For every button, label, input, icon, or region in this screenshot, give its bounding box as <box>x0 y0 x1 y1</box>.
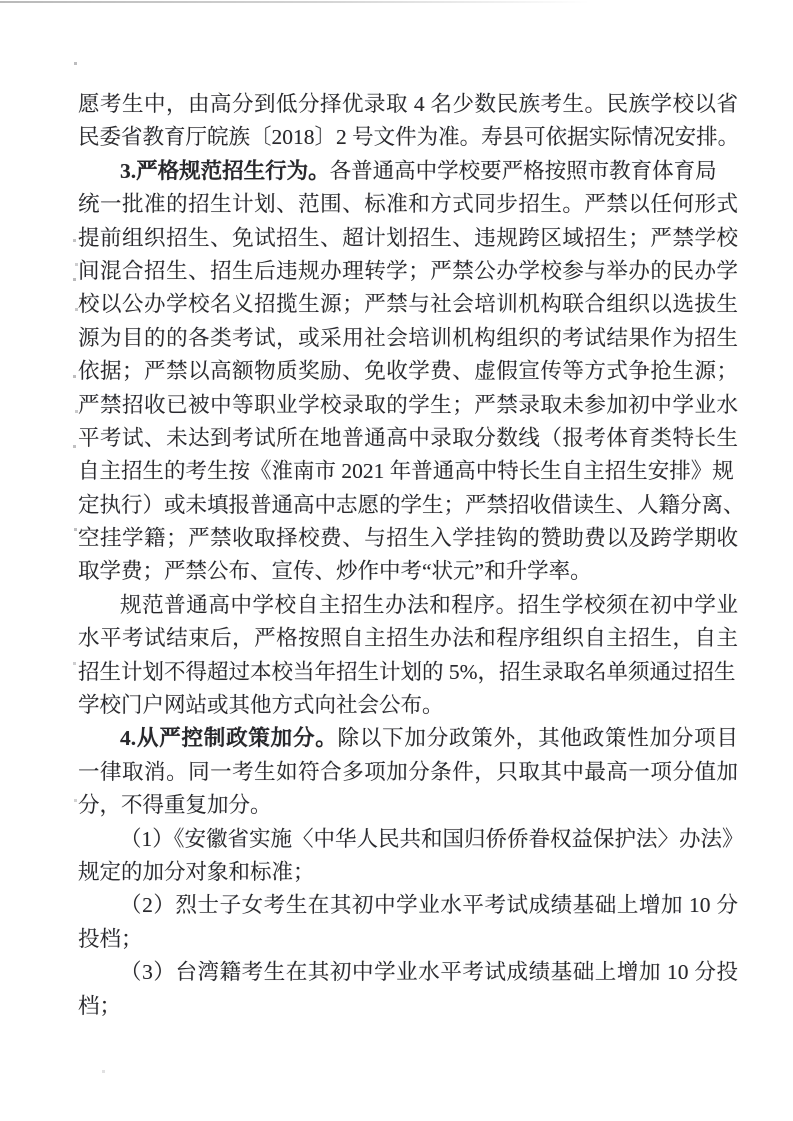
text-line: 依据；严禁以高额物质奖励、免收学费、虚假宣传等方式争抢生源； <box>78 355 738 388</box>
text-line: 投档； <box>78 923 738 956</box>
line-text: 水平考试结束后，严格按照自主招生办法和程序组织自主招生，自主 <box>78 626 738 650</box>
bold-heading-text: 3.严格规范招生行为。 <box>120 159 330 183</box>
document-text-block: 愿考生中，由高分到低分择优录取 4 名少数民族考生。民族学校以省民委省教育厅皖族… <box>78 88 738 1023</box>
line-text: 平考试、未达到考试所在地普通高中录取分数线（报考体育类特长生 <box>78 426 738 450</box>
line-text: 统一批准的招生计划、范围、标准和方式同步招生。严禁以任何形式 <box>78 192 738 216</box>
text-line: （3）台湾籍考生在其初中学业水平考试成绩基础上增加 10 分投 <box>78 956 738 989</box>
text-line: 自主招生的考生按《淮南市 2021 年普通高中特长生自主招生安排》规 <box>78 455 738 488</box>
text-line: 取学费；严禁公布、宣传、炒作中考“状元”和升学率。 <box>78 555 738 588</box>
line-text: 严禁招收已被中等职业学校录取的学生；严禁录取未参加初中学业水 <box>78 393 738 417</box>
line-text: 提前组织招生、免试招生、超计划招生、违规跨区域招生；严禁学校 <box>78 226 738 250</box>
text-line: 统一批准的招生计划、范围、标准和方式同步招生。严禁以任何形式 <box>78 188 738 221</box>
text-line: 愿考生中，由高分到低分择优录取 4 名少数民族考生。民族学校以省 <box>78 88 738 121</box>
line-text: （2）烈士子女考生在其初中学业水平考试成绩基础上增加 10 分 <box>120 893 738 917</box>
line-text: 除以下加分政策外，其他政策性加分项目 <box>338 726 738 750</box>
line-text: 投档； <box>78 927 143 951</box>
bold-heading-text: 4.从严控制政策加分。 <box>120 726 338 750</box>
text-line: 水平考试结束后，严格按照自主招生办法和程序组织自主招生，自主 <box>78 622 738 655</box>
text-line: 严禁招收已被中等职业学校录取的学生；严禁录取未参加初中学业水 <box>78 389 738 422</box>
line-text: 源为目的的各类考试，或采用社会培训机构组织的考试结果作为招生 <box>78 326 738 350</box>
text-line: 源为目的的各类考试，或采用社会培训机构组织的考试结果作为招生 <box>78 322 738 355</box>
text-line: 规范普通高中学校自主招生办法和程序。招生学校须在初中学业 <box>78 589 738 622</box>
text-line: 提前组织招生、免试招生、超计划招生、违规跨区域招生；严禁学校 <box>78 222 738 255</box>
text-line: 平考试、未达到考试所在地普通高中录取分数线（报考体育类特长生 <box>78 422 738 455</box>
line-text: （1）《安徽省实施〈中华人民共和国归侨侨眷权益保护法〉办法》 <box>120 827 744 851</box>
line-text: 民委省教育厅皖族〔2018〕2 号文件为准。寿县可依据实际情况安排。 <box>78 125 739 149</box>
text-line: 4.从严控制政策加分。除以下加分政策外，其他政策性加分项目 <box>78 722 738 755</box>
line-text: 自主招生的考生按《淮南市 2021 年普通高中特长生自主招生安排》规 <box>78 459 734 483</box>
line-text: 愿考生中，由高分到低分择优录取 4 名少数民族考生。民族学校以省 <box>78 92 738 116</box>
line-text: 间混合招生、招生后违规办理转学；严禁公办学校参与举办的民办学 <box>78 259 738 283</box>
scanned-page: 愿考生中，由高分到低分择优录取 4 名少数民族考生。民族学校以省民委省教育厅皖族… <box>0 0 793 1121</box>
scan-noise-specks <box>0 0 1 1</box>
text-line: 3.严格规范招生行为。各普通高中学校要严格按照市教育体育局 <box>78 155 738 188</box>
text-line: 民委省教育厅皖族〔2018〕2 号文件为准。寿县可依据实际情况安排。 <box>78 121 738 154</box>
scan-edge-artifact <box>0 1 590 3</box>
line-text: 学校门户网站或其他方式向社会公布。 <box>78 693 444 717</box>
text-line: 规定的加分对象和标准； <box>78 856 738 889</box>
line-text: 依据；严禁以高额物质奖励、免收学费、虚假宣传等方式争抢生源； <box>78 359 738 383</box>
text-line: 分，不得重复加分。 <box>78 789 738 822</box>
line-text: 各普通高中学校要严格按照市教育体育局 <box>330 159 717 183</box>
line-text: 规范普通高中学校自主招生办法和程序。招生学校须在初中学业 <box>120 593 738 617</box>
text-line: 学校门户网站或其他方式向社会公布。 <box>78 689 738 722</box>
text-line: 一律取消。同一考生如符合多项加分条件，只取其中最高一项分值加 <box>78 756 738 789</box>
line-text: 一律取消。同一考生如符合多项加分条件，只取其中最高一项分值加 <box>78 760 738 784</box>
text-line: 档； <box>78 990 738 1023</box>
line-text: 空挂学籍；严禁收取择校费、与招生入学挂钩的赞助费以及跨学期收 <box>78 526 738 550</box>
text-line: （2）烈士子女考生在其初中学业水平考试成绩基础上增加 10 分 <box>78 889 738 922</box>
text-line: （1）《安徽省实施〈中华人民共和国归侨侨眷权益保护法〉办法》 <box>78 823 738 856</box>
line-text: 定执行）或未填报普通高中志愿的学生；严禁招收借读生、人籍分离、 <box>78 493 745 517</box>
line-text: 取学费；严禁公布、宣传、炒作中考“状元”和升学率。 <box>78 559 592 583</box>
line-text: 分，不得重复加分。 <box>78 793 272 817</box>
text-line: 定执行）或未填报普通高中志愿的学生；严禁招收借读生、人籍分离、 <box>78 489 738 522</box>
text-line: 空挂学籍；严禁收取择校费、与招生入学挂钩的赞助费以及跨学期收 <box>78 522 738 555</box>
line-text: 招生计划不得超过本校当年招生计划的 5%，招生录取名单须通过招生 <box>78 660 736 684</box>
text-line: 招生计划不得超过本校当年招生计划的 5%，招生录取名单须通过招生 <box>78 656 738 689</box>
text-line: 间混合招生、招生后违规办理转学；严禁公办学校参与举办的民办学 <box>78 255 738 288</box>
line-text: 规定的加分对象和标准； <box>78 860 315 884</box>
line-text: 校以公办学校名义招揽生源；严禁与社会培训机构联合组织以选拔生 <box>78 292 738 316</box>
line-text: （3）台湾籍考生在其初中学业水平考试成绩基础上增加 10 分投 <box>120 960 738 984</box>
line-text: 档； <box>78 994 121 1018</box>
text-line: 校以公办学校名义招揽生源；严禁与社会培训机构联合组织以选拔生 <box>78 288 738 321</box>
